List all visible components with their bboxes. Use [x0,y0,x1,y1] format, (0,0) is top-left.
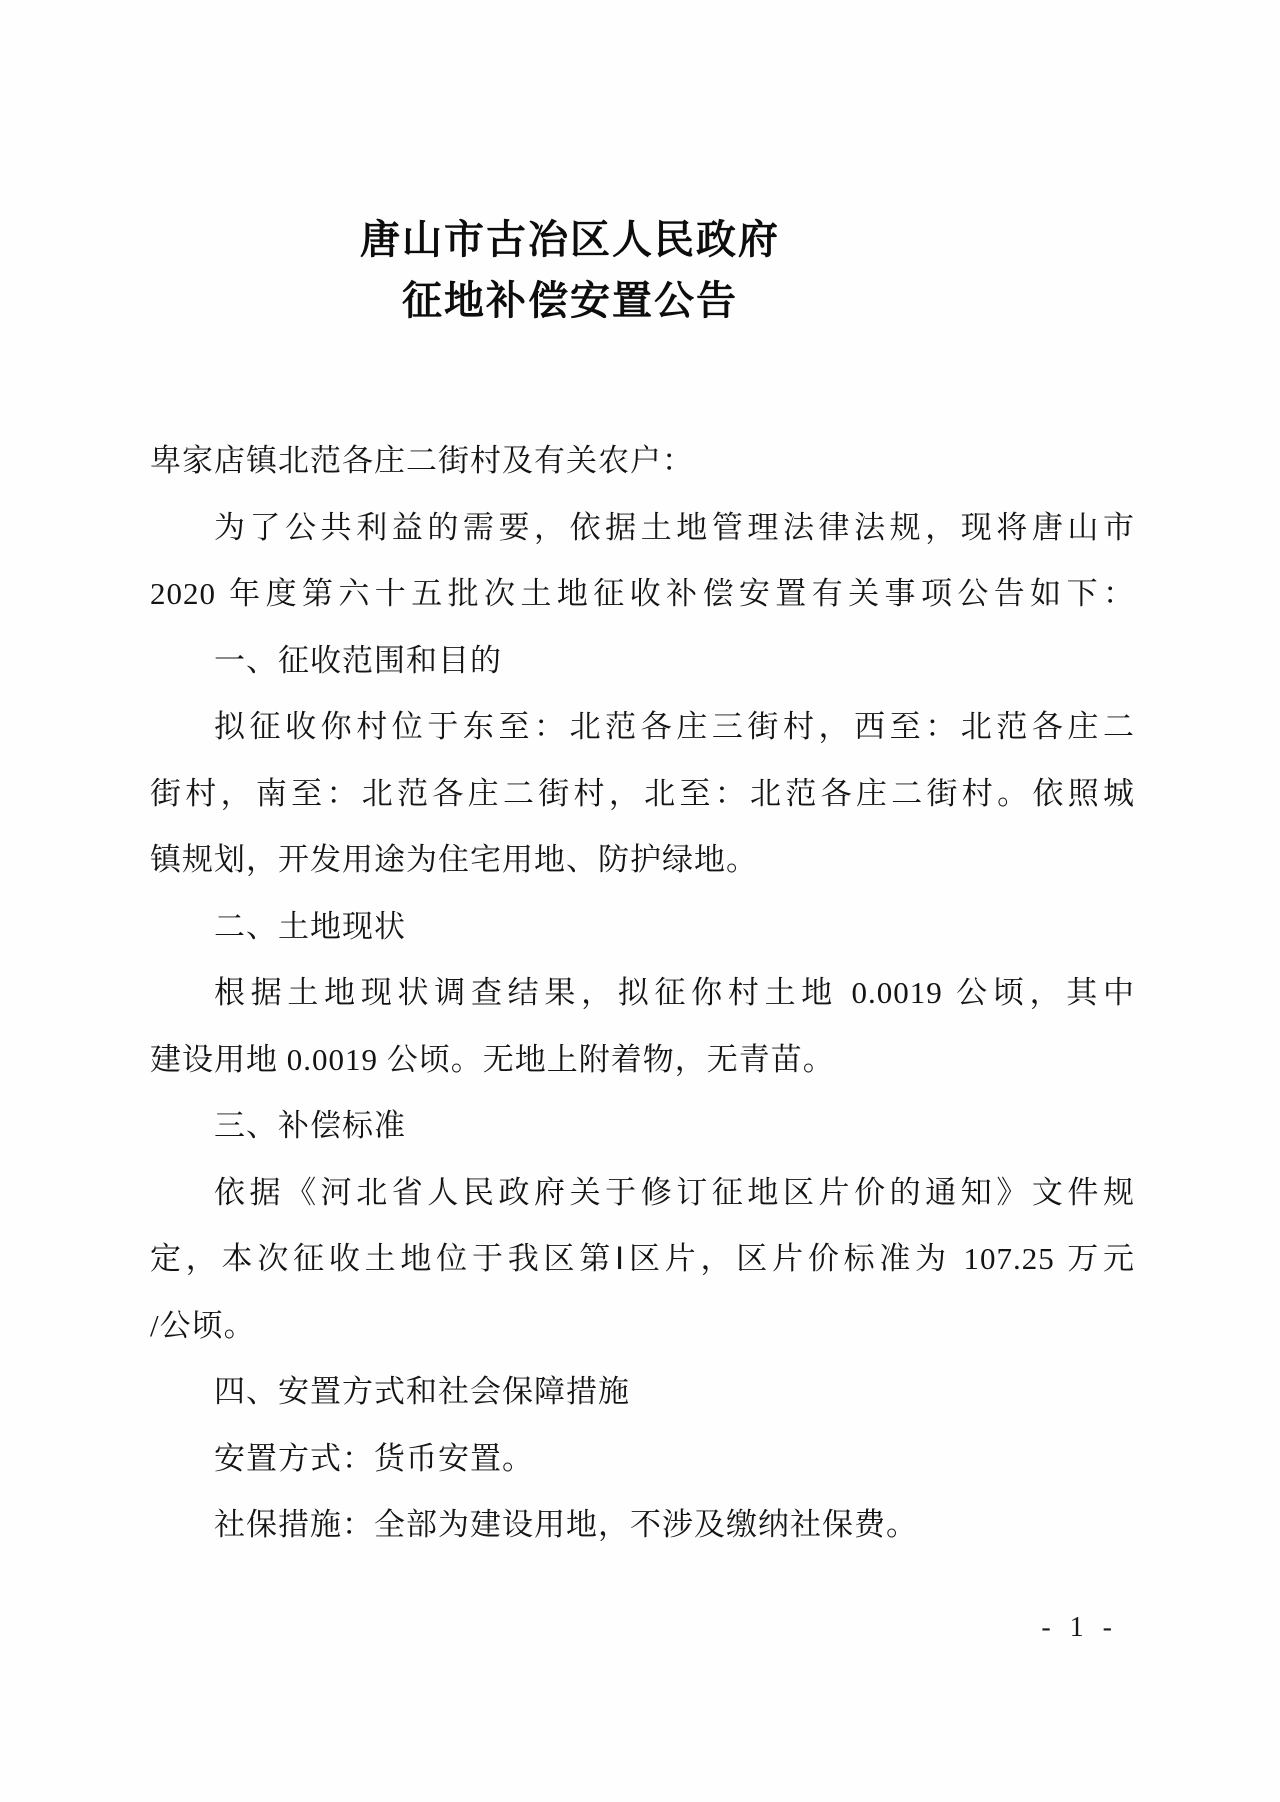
document-title: 唐山市古冶区人民政府 征地补偿安置公告 [0,210,1140,332]
document-line: /公顷。 [150,1293,1135,1360]
document-line: 四、安置方式和社会保障措施 [150,1359,1135,1426]
document-page: 唐山市古冶区人民政府 征地补偿安置公告 卑家店镇北范各庄二街村及有关农户：为了公… [0,0,1280,1802]
document-line: 三、补偿标准 [150,1093,1135,1160]
document-line: 街村，南至：北范各庄二街村，北至：北范各庄二街村。依照城 [150,761,1135,828]
document-title-line1: 唐山市古冶区人民政府 [0,210,1140,271]
document-line: 根据土地现状调查结果，拟征你村土地 0.0019 公顷，其中 [150,960,1135,1027]
document-line: 建设用地 0.0019 公顷。无地上附着物，无青苗。 [150,1027,1135,1094]
document-body: 卑家店镇北范各庄二街村及有关农户：为了公共利益的需要，依据土地管理法律法规，现将… [150,428,1135,1559]
document-line: 为了公共利益的需要，依据土地管理法律法规，现将唐山市 [150,495,1135,562]
document-line: 一、征收范围和目的 [150,628,1135,695]
document-title-line2: 征地补偿安置公告 [0,271,1140,332]
document-line: 拟征收你村位于东至：北范各庄三街村，西至：北范各庄二 [150,694,1135,761]
document-line: 社保措施：全部为建设用地，不涉及缴纳社保费。 [150,1492,1135,1559]
document-line: 二、土地现状 [150,894,1135,961]
document-line: 依据《河北省人民政府关于修订征地区片价的通知》文件规 [150,1160,1135,1227]
document-line: 定，本次征收土地位于我区第Ⅰ区片，区片价标准为 107.25 万元 [150,1226,1135,1293]
document-line: 镇规划，开发用途为住宅用地、防护绿地。 [150,827,1135,894]
page-number: - 1 - [1041,1612,1118,1644]
document-line: 安置方式：货币安置。 [150,1426,1135,1493]
document-line: 卑家店镇北范各庄二街村及有关农户： [150,428,1135,495]
document-line: 2020 年度第六十五批次土地征收补偿安置有关事项公告如下： [150,561,1135,628]
